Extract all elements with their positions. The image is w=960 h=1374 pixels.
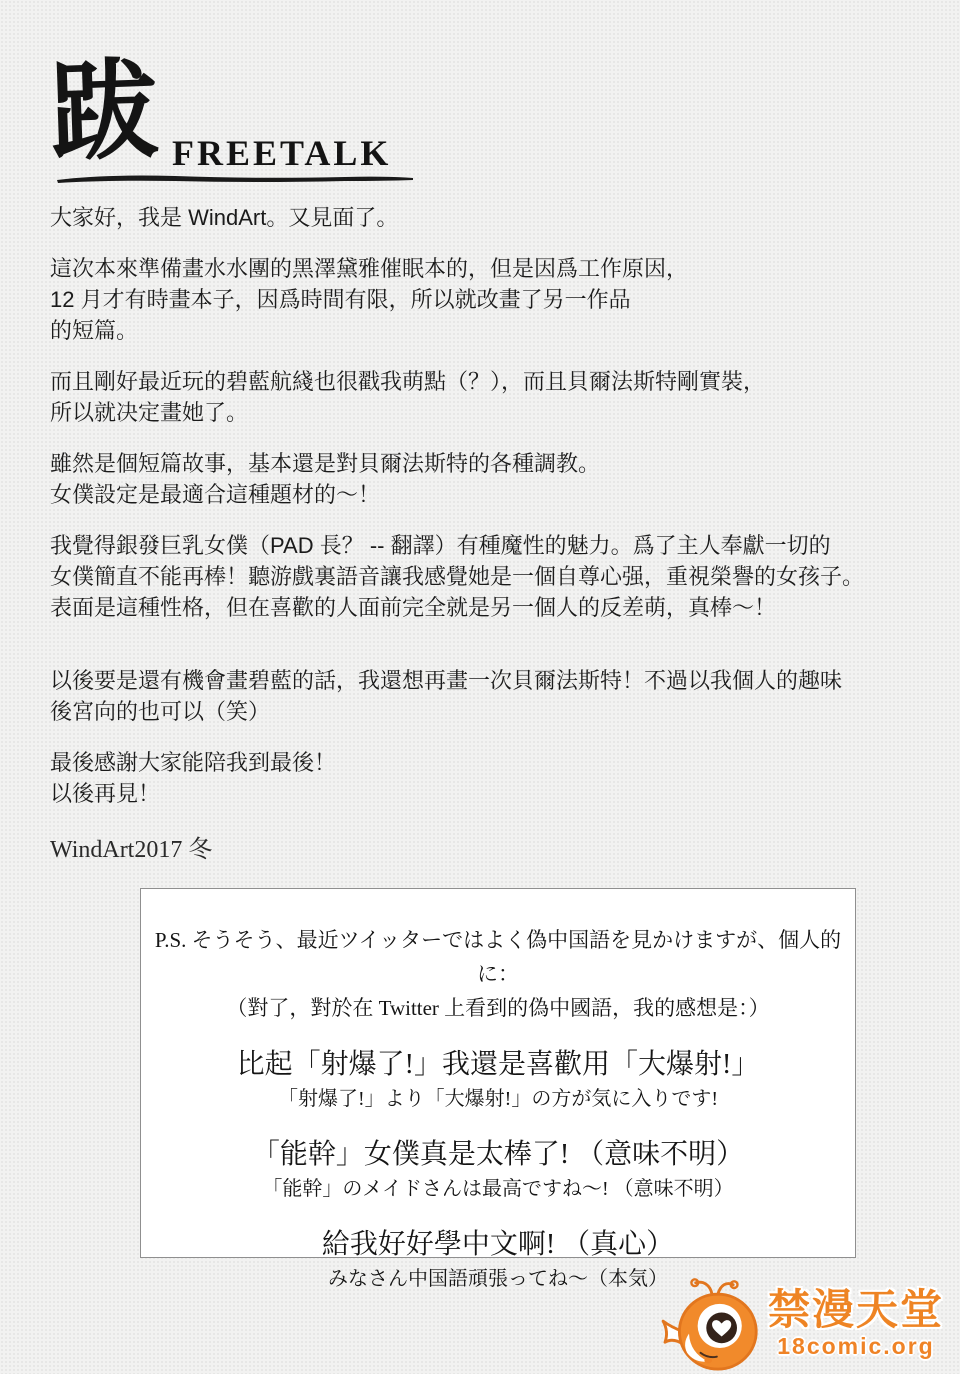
- brush-underline-decoration: [55, 172, 415, 186]
- paragraph-line: 我覺得銀發巨乳女僕（PAD 長？ -- 翻譯）有種魔性的魅力。爲了主人奉獻一切的: [50, 530, 930, 561]
- ps-statement-main: 比起「射爆了!」我還是喜歡用「大爆射!」: [141, 1047, 855, 1083]
- paragraph: 以後要是還有機會畫碧藍的話，我還想再畫一次貝爾法斯特！不過以我個人的趣味 後宮向…: [50, 665, 930, 727]
- paragraph-line: 的短篇。: [50, 315, 930, 346]
- paragraph-line: 最後感謝大家能陪我到最後！: [50, 747, 930, 778]
- paragraph-line: 這次本來準備畫水水團的黑澤黛雅催眠本的，但是因爲工作原因，: [50, 253, 930, 284]
- paragraph-line: 所以就决定畫她了。: [50, 397, 930, 428]
- paragraph-line: 以後再見！: [50, 778, 930, 809]
- afterword-page: { "header": { "kanji": "跋", "subtitle": …: [0, 0, 960, 1374]
- afterword-body: 大家好，我是 WindArt。又見面了。 這次本來準備畫水水團的黑澤黛雅催眠本的…: [50, 202, 930, 864]
- afterword-kanji: 跋: [48, 56, 160, 168]
- ps-statement-main: 給我好好學中文啊! （真心）: [141, 1227, 855, 1263]
- author-signature: WindArt2017 冬: [50, 829, 930, 864]
- page-header: 跋 FREETALK: [0, 0, 960, 200]
- ps-statement-sub: 「射爆了!」より「大爆射!」の方が気に入りです!: [141, 1083, 855, 1115]
- whale-mascot-icon: [660, 1276, 766, 1372]
- ps-statement: 「能幹」女僕真是太棒了! （意味不明） 「能幹」のメイドさんは最高ですね～! （…: [141, 1137, 855, 1205]
- paragraph: 我覺得銀發巨乳女僕（PAD 長？ -- 翻譯）有種魔性的魅力。爲了主人奉獻一切的…: [50, 530, 930, 623]
- site-name: 禁漫天堂: [768, 1288, 944, 1332]
- paragraph: 大家好，我是 WindArt。又見面了。: [50, 202, 930, 233]
- paragraph-line: 女僕設定是最適合這種題材的～！: [50, 479, 930, 510]
- paragraph-line: 表面是這種性格，但在喜歡的人面前完全就是另一個人的反差萌，真棒～！: [50, 592, 930, 623]
- paragraph-line: 12 月才有時畫本子，因爲時間有限，所以就改畫了另一作品: [50, 284, 930, 315]
- ps-box: P.S. そうそう、最近ツイッターではよく偽中国語を見かけますが、個人的に： （…: [140, 888, 856, 1258]
- paragraph: 而且剛好最近玩的碧藍航綫也很戳我萌點（？），而且貝爾法斯特剛實裝， 所以就决定畫…: [50, 366, 930, 428]
- paragraph-line: 雖然是個短篇故事，基本還是對貝爾法斯特的各種調教。: [50, 448, 930, 479]
- paragraph-line: 女僕簡直不能再棒！聽游戲裏語音讓我感覺她是一個自尊心强，重視榮譽的女孩子。: [50, 561, 930, 592]
- ps-statement-main: 「能幹」女僕真是太棒了! （意味不明）: [141, 1137, 855, 1173]
- paragraph-line: 大家好，我是 WindArt。又見面了。: [50, 202, 930, 233]
- paragraph-line: 以後要是還有機會畫碧藍的話，我還想再畫一次貝爾法斯特！不過以我個人的趣味: [50, 665, 930, 696]
- ps-intro-line: （對了，對於在 Twitter 上看到的偽中國語，我的感想是：）: [141, 991, 855, 1025]
- paragraph: 最後感謝大家能陪我到最後！ 以後再見！: [50, 747, 930, 809]
- ps-statement-sub: 「能幹」のメイドさんは最高ですね～! （意味不明）: [141, 1173, 855, 1205]
- site-watermark: 禁漫天堂 18comic.org: [660, 1276, 944, 1372]
- paragraph-line: 而且剛好最近玩的碧藍航綫也很戳我萌點（？），而且貝爾法斯特剛實裝，: [50, 366, 930, 397]
- paragraph: 這次本來準備畫水水團的黑澤黛雅催眠本的，但是因爲工作原因， 12 月才有時畫本子…: [50, 253, 930, 346]
- ps-intro-line: P.S. そうそう、最近ツイッターではよく偽中国語を見かけますが、個人的に：: [141, 923, 855, 991]
- paragraph-line: 後宮向的也可以（笑）: [50, 696, 930, 727]
- freetalk-title: FREETALK: [172, 132, 391, 174]
- paragraph: 雖然是個短篇故事，基本還是對貝爾法斯特的各種調教。 女僕設定是最適合這種題材的～…: [50, 448, 930, 510]
- ps-statement: 比起「射爆了!」我還是喜歡用「大爆射!」 「射爆了!」より「大爆射!」の方が気に…: [141, 1047, 855, 1115]
- brand-text: 禁漫天堂 18comic.org: [768, 1288, 944, 1359]
- site-url: 18comic.org: [768, 1333, 944, 1360]
- ps-intro: P.S. そうそう、最近ツイッターではよく偽中国語を見かけますが、個人的に： （…: [141, 923, 855, 1025]
